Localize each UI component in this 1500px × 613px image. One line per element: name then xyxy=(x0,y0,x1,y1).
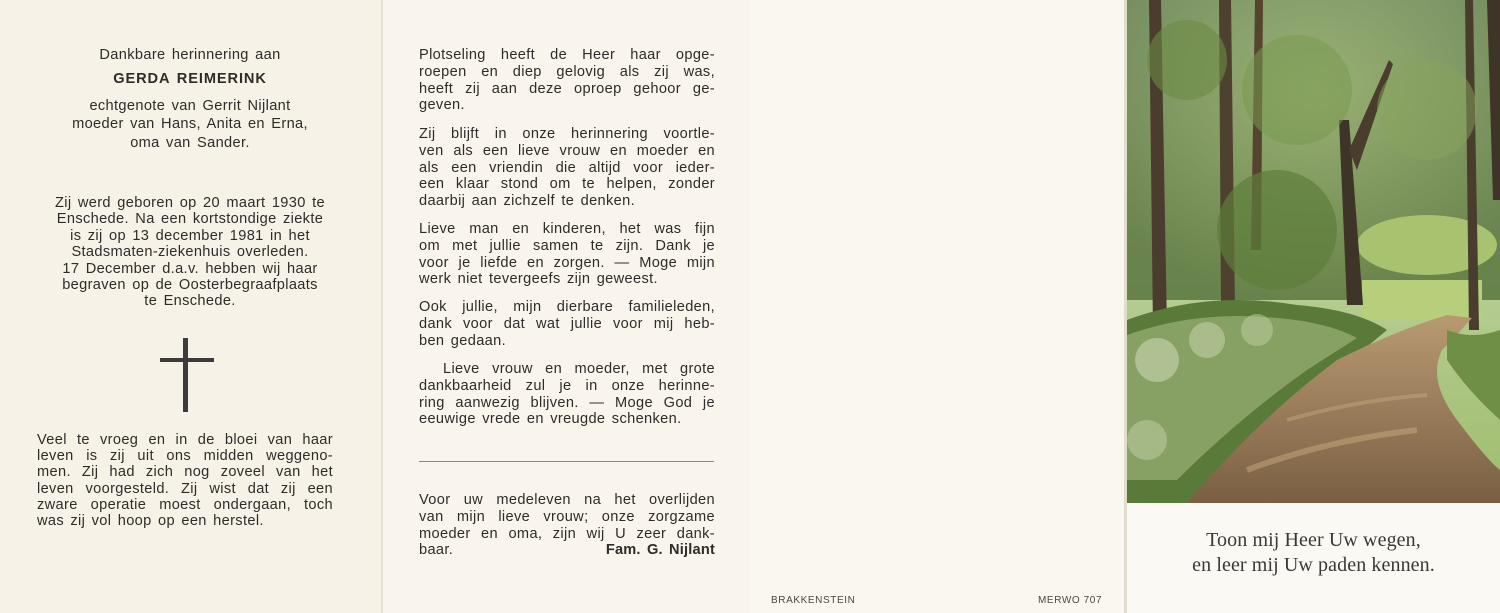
paragraph-called-home: Plotseling heeft de Heer haar opge- roep… xyxy=(419,47,715,114)
text-line: dankbaarheid zul je in onze herinne- xyxy=(419,378,715,395)
signature: Fam. G. Nijlant xyxy=(606,542,715,559)
bible-verse: Toon mij Heer Uw wegen, en leer mij Uw p… xyxy=(1127,528,1500,577)
text-line: roepen en diep gelovig als zij was, xyxy=(419,64,715,81)
paragraph-remembrance: Zij blijft in onze herinnering voortle- … xyxy=(419,126,715,210)
divider xyxy=(419,461,714,462)
text-line: Lieve man en kinderen, het was fijn xyxy=(419,221,715,238)
text-line: dank voor dat wat jullie voor mij heb- xyxy=(419,316,715,333)
verse-line: en leer mij Uw paden kennen. xyxy=(1127,553,1500,578)
closing-paragraph: Veel te vroeg en in de bloei van haar le… xyxy=(37,432,333,529)
text-line: daarbij aan zichzelf te denken. xyxy=(419,193,715,210)
text-line: ben gedaan. xyxy=(419,333,715,350)
text-line: leven is zij uit ons midden weggeno- xyxy=(37,448,333,464)
text-line: Voor uw medeleven na het overlijden xyxy=(419,492,715,509)
fold-line xyxy=(381,0,383,613)
bio-line: 17 December d.a.v. hebben wij haar xyxy=(30,261,350,277)
bio-line: Stadsmaten-ziekenhuis overleden. xyxy=(30,244,350,260)
verse-line: Toon mij Heer Uw wegen, xyxy=(1127,528,1500,553)
text-line: voor je liefde en zorgen. — Moge mijn xyxy=(419,255,715,272)
relation-line: moeder van Hans, Anita en Erna, xyxy=(30,115,350,133)
text-line: een klaar stond om te helpen, zonder xyxy=(419,176,715,193)
bio-line: Zij werd geboren op 20 maart 1930 te xyxy=(30,195,350,211)
text-line: men. Zij had zich nog zoveel van het xyxy=(37,464,333,480)
bio-line: begraven op de Oosterbegraafplaats xyxy=(30,277,350,293)
text-line: was zij vol hoop op een herstel. xyxy=(37,513,333,529)
text-line: Lieve vrouw en moeder, met grote xyxy=(419,361,715,378)
relation-line: echtgenote van Gerrit Nijlant xyxy=(30,97,350,115)
product-code: MERWO 707 xyxy=(1038,595,1102,606)
biography: Zij werd geboren op 20 maart 1930 te Ens… xyxy=(30,195,350,310)
text-line: Veel te vroeg en in de bloei van haar xyxy=(37,432,333,448)
text-line: eeuwige vrede en vreugde schenken. xyxy=(419,411,715,428)
relation-line: oma van Sander. xyxy=(30,134,350,152)
text-line: van mijn lieve vrouw; onze zorgzame xyxy=(419,509,715,526)
text-line: moeder en oma, zijn wij U zeer dank- xyxy=(419,526,715,543)
bio-line: is zij op 13 december 1981 in het xyxy=(30,228,350,244)
text-line: ven als een lieve vrouw en moeder en xyxy=(419,143,715,160)
paragraph-relatives: Ook jullie, mijn dierbare familieleden, … xyxy=(419,299,715,349)
text-line: als een vriendin die altijd voor ieder- xyxy=(419,160,715,177)
text-line: Ook jullie, mijn dierbare familieleden, xyxy=(419,299,715,316)
cover-photo xyxy=(1127,0,1500,503)
text-line: zware operatie moest ondergaan, toch xyxy=(37,497,333,513)
text-line: werk niet tevergeefs zijn geweest. xyxy=(419,271,715,288)
paragraph-blessing: Lieve vrouw en moeder, met grote dankbaa… xyxy=(419,361,715,428)
text-line: geven. xyxy=(419,97,715,114)
text-line: Zij blijft in onze herinnering voortle- xyxy=(419,126,715,143)
text-line: leven voorgesteld. Zij wist dat zij een xyxy=(37,481,333,497)
text-line: heeft zij aan deze oproep gehoor ge- xyxy=(419,81,715,98)
bio-line: te Enschede. xyxy=(30,293,350,309)
paragraph-family: Lieve man en kinderen, het was fijn om m… xyxy=(419,221,715,288)
text-line: ring aanwezig blijven. — Moge God je xyxy=(419,395,715,412)
publisher-imprint: BRAKKENSTEIN xyxy=(771,595,855,606)
cross-icon xyxy=(160,338,214,412)
text-line: om met jullie samen te zijn. Dank je xyxy=(419,238,715,255)
bio-line: Enschede. Na een kortstondige ziekte xyxy=(30,211,350,227)
deceased-name: GERDA REIMERINK xyxy=(30,70,350,88)
panel-back-blank xyxy=(750,0,1126,613)
thanks-paragraph: Voor uw medeleven na het overlijden van … xyxy=(419,492,715,559)
memorial-heading: Dankbare herinnering aan GERDA REIMERINK… xyxy=(30,46,350,152)
intro-line: Dankbare herinnering aan xyxy=(30,46,350,64)
text-line: Plotseling heeft de Heer haar opge- xyxy=(419,47,715,64)
